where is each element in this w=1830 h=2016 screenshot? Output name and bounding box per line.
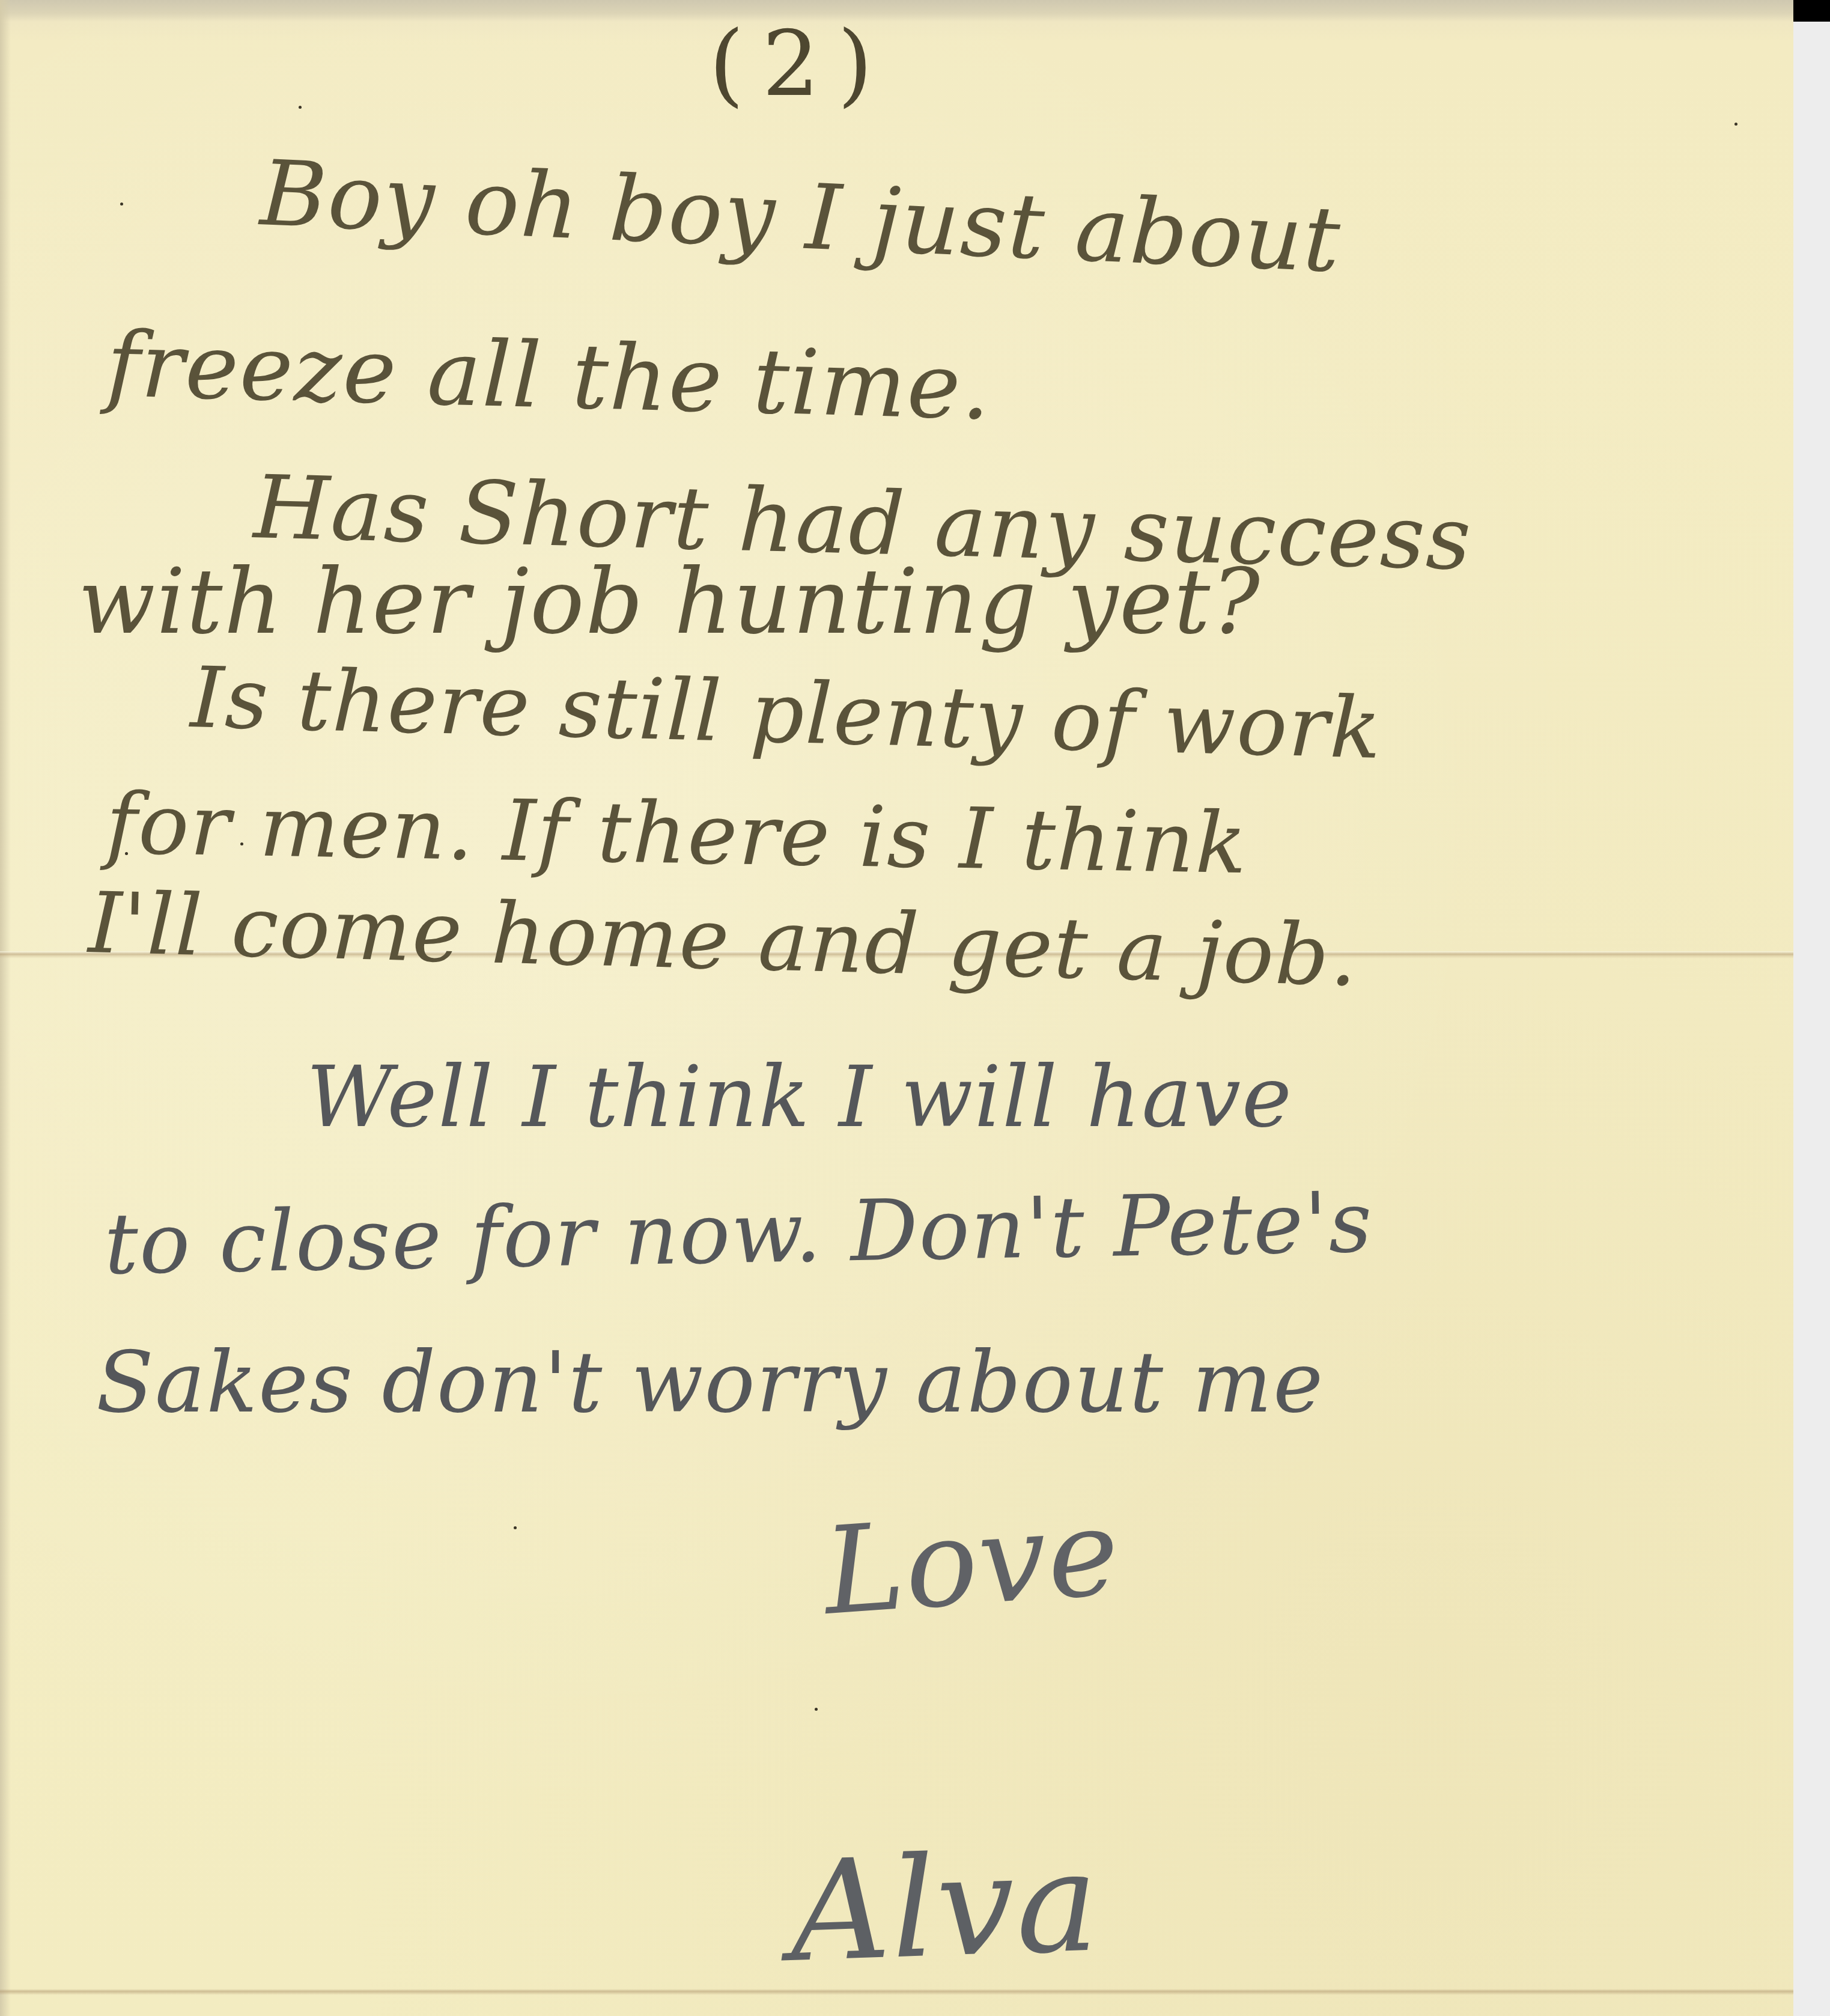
letter-signature: Alva: [788, 1822, 1102, 1993]
letter-page: (2) Boy oh boy I just about freeze all t…: [0, 0, 1793, 2016]
paper-speck: [120, 203, 123, 206]
letter-line-10: Sakes don't worry about me: [96, 1334, 1324, 1432]
paper-left-edge: [0, 0, 11, 2016]
paper-speck: [299, 106, 302, 109]
paper-speck: [815, 1708, 818, 1711]
letter-line-8: Well I think I will have: [306, 1049, 1293, 1147]
paper-speck: [125, 852, 128, 855]
scan-backdrop-strip: [1793, 22, 1830, 2016]
letter-line-4: with her job hunting yet?: [78, 550, 1261, 654]
page-number: (2): [709, 12, 890, 117]
letter-line-5: Is there still plenty of work: [189, 649, 1383, 778]
paper-speck: [240, 842, 243, 845]
bottom-edge-crease: [0, 1989, 1793, 1995]
letter-line-1: Boy oh boy I just about: [258, 141, 1343, 293]
paper-speck: [1734, 123, 1737, 126]
letter-line-6: for men. If there is I think: [105, 775, 1248, 893]
paper-top-edge: [0, 0, 1793, 22]
letter-line-2: freeze all the time.: [105, 312, 993, 440]
letter-line-7: I'll come home and get a job.: [87, 874, 1360, 1005]
letter-closing: Love: [819, 1482, 1125, 1642]
paper-speck: [514, 1526, 517, 1529]
letter-line-9: to close for now. Don't Pete's: [103, 1174, 1374, 1294]
scan-backdrop-corner: [1793, 0, 1830, 22]
